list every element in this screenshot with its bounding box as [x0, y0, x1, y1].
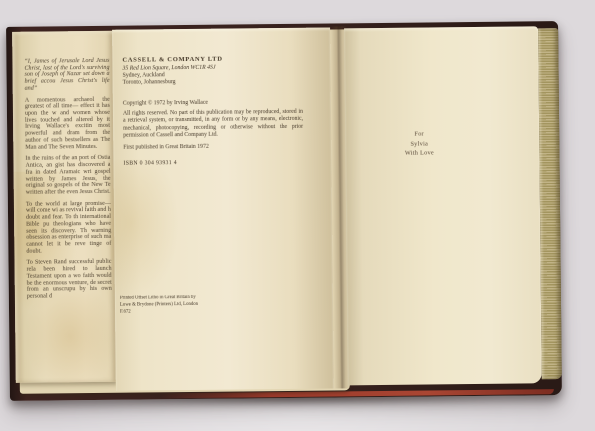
copyright-line: Copyright © 1972 by Irving Wallace [123, 99, 303, 108]
copyright-page: CASSELL & COMPANY LTD 35 Red Lion Square… [112, 28, 334, 391]
dust-jacket-flap: “I, James of Jerusale Lord Jesus Christ,… [12, 31, 116, 383]
isbn-line: ISBN 0 304 93931 4 [123, 160, 176, 167]
open-book: “I, James of Jerusale Lord Jesus Christ,… [6, 21, 562, 401]
first-published-line: First published in Great Britain 1972 [123, 144, 209, 151]
flap-paragraph: In the ruins of the an port of Ostia Ant… [25, 155, 110, 196]
flap-quote: “I, James of Jerusale Lord Jesus Christ,… [24, 58, 109, 92]
printer-block: Printed Offset Litho in Great Britain by… [120, 295, 198, 317]
flap-paragraph: To Steven Rand successful public rela be… [27, 259, 112, 300]
page-stain [109, 159, 180, 300]
flap-paragraph: To the world at large promise—will come … [26, 200, 112, 255]
publisher-cities: Toronto, Johannesburg [123, 79, 223, 86]
publisher-block: CASSELL & COMPANY LTD 35 Red Lion Square… [122, 56, 223, 87]
dedication-line: With Love [359, 148, 479, 159]
photo-backdrop: “I, James of Jerusale Lord Jesus Christ,… [0, 0, 595, 431]
copyright-notice: Copyright © 1972 by Irving Wallace All r… [123, 99, 303, 141]
page-stack-fore-edge [538, 28, 562, 379]
printer-line: F.672 [120, 309, 198, 317]
flap-blurb: “I, James of Jerusale Lord Jesus Christ,… [24, 58, 112, 306]
flap-paragraph: A momentous archaeol the greatest of all… [25, 96, 111, 151]
printer-line: Lowe & Brydone (Printers) Ltd, London [120, 302, 198, 310]
publisher-name: CASSELL & COMPANY LTD [122, 56, 222, 64]
rights-text: All rights reserved. No part of this pub… [123, 108, 303, 140]
dedication-page: For Sylvia With Love [344, 26, 542, 385]
publisher-address: 35 Red Lion Square, London WC1R 4SJ [122, 64, 222, 71]
dedication-text: For Sylvia With Love [359, 129, 479, 159]
publisher-cities: Sydney, Auckland [123, 72, 223, 79]
